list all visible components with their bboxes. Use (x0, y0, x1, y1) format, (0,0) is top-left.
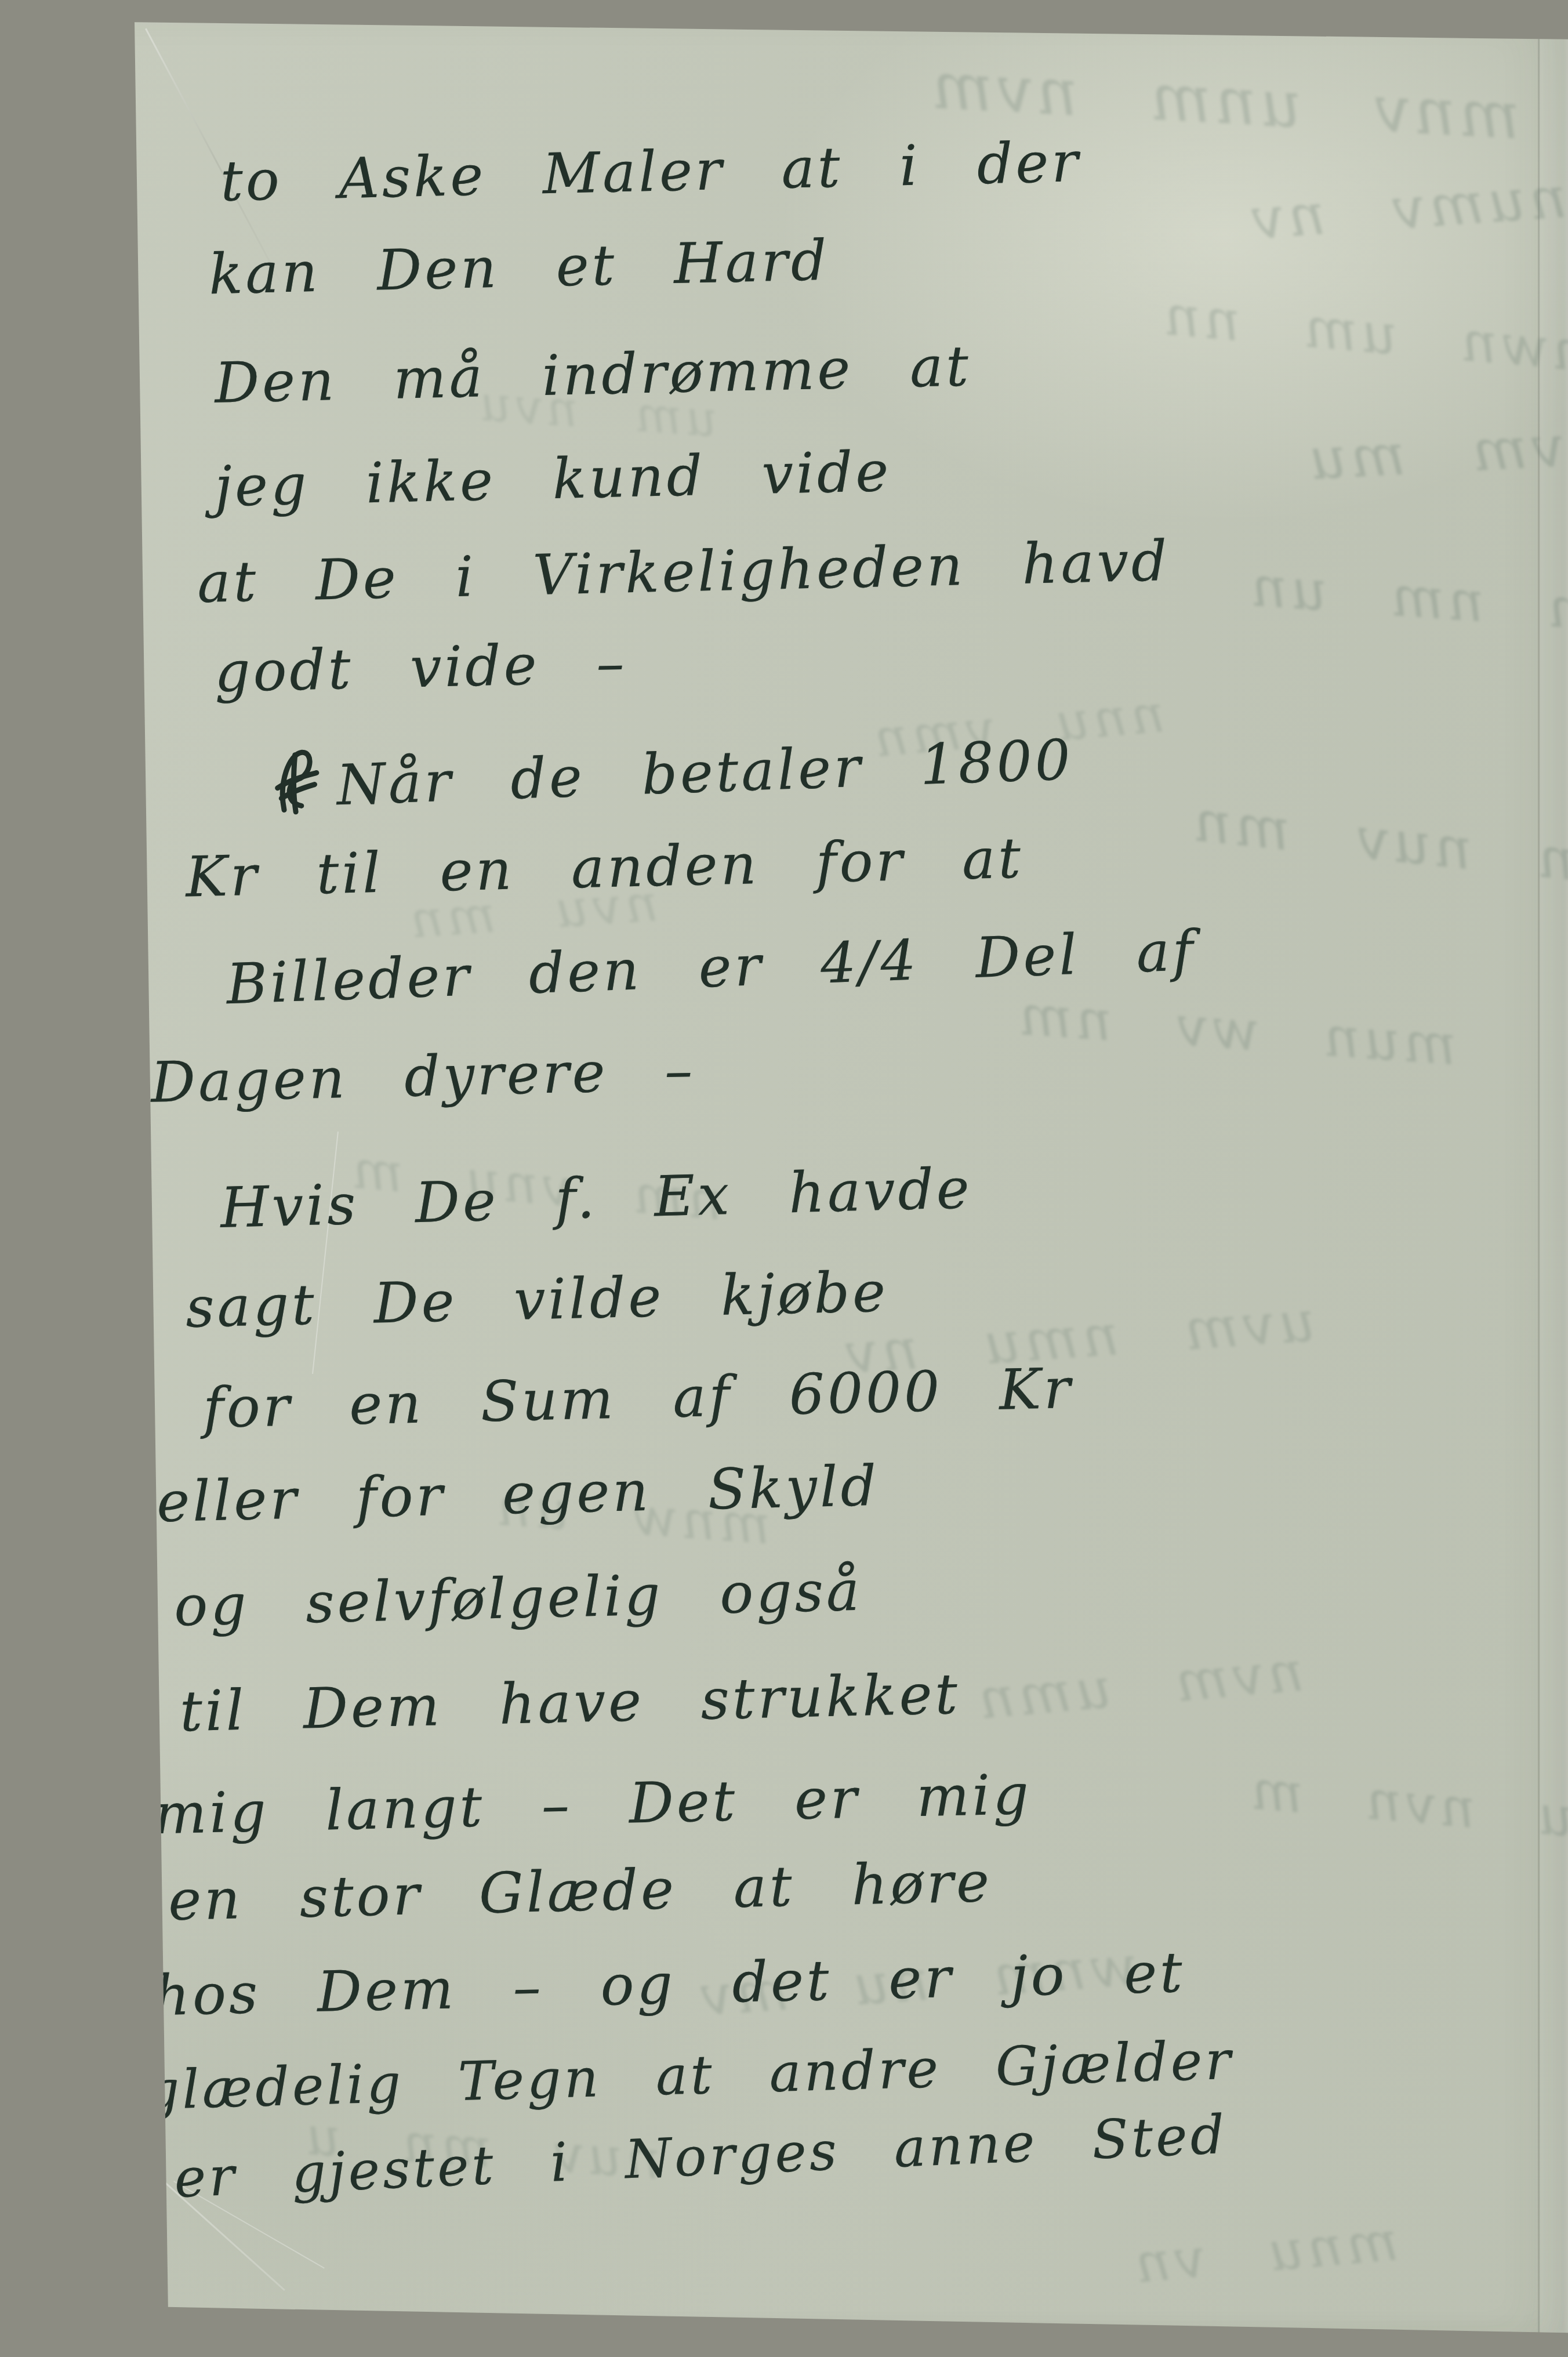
photograph-of-letter: mnv unm nvmnumv nvmwn um nnnvm muum nvum… (0, 0, 1568, 2357)
ink-scribble (271, 746, 322, 817)
letter-paper: mnv unm nvmnumv nvmwn um nnnvm muum nvum… (0, 0, 1568, 2357)
handwriting-line: godt vide – (214, 630, 628, 705)
handwriting-line: Dagen dyrere – (150, 1038, 696, 1115)
